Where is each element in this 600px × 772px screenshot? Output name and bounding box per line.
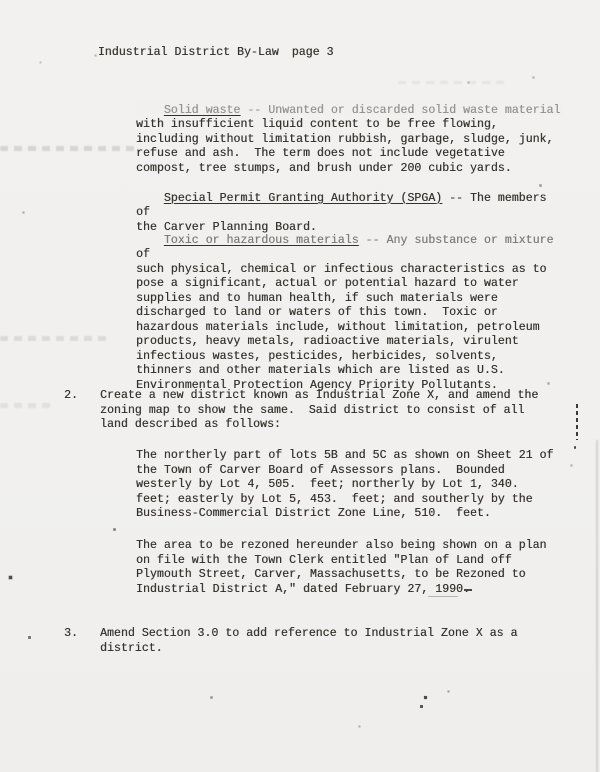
item-2-subparagraph-2: The area to be rezoned hereunder also be… [136,539,576,597]
item-2-number: 2. [64,389,78,404]
document-title: Industrial District By-Law [98,46,279,59]
item-3-number: 3. [64,627,78,642]
definition-solid-waste: Solid waste -- Unwanted or discarded sol… [136,89,566,191]
definition-term-solid-waste: Solid waste [164,104,241,117]
definition-body-toxic-materials: -- Any substance or mixture of such phys… [136,234,560,392]
scanned-page: Industrial District By-Lawpage 3 Solid w… [0,0,600,772]
definition-term-toxic-materials: Toxic or hazardous materials [164,234,359,247]
stray-dash-mark [464,589,472,591]
scan-specks [0,0,1,1]
faint-underline-mark [428,596,458,597]
margin-pen-mark-tail [574,446,576,449]
page-number: page 3 [292,46,334,59]
definition-toxic-materials: Toxic or hazardous materials -- Any subs… [136,219,566,408]
scan-smudge-streak [398,81,510,84]
definition-term-spga: Special Permit Granting Authority (SPGA) [164,192,442,205]
scan-smudge-streak [0,146,138,151]
item-2-text: Create a new district known as Industria… [100,389,572,433]
scan-smudge-streak [0,403,55,408]
page-edge-shadow [596,440,598,772]
page-header: Industrial District By-Lawpage 3 [70,31,334,75]
scan-smudge-streak [0,336,112,341]
item-2-subparagraph-1: The northerly part of lots 5B and 5C as … [136,449,576,522]
margin-pen-mark [576,404,578,440]
item-3-text: Amend Section 3.0 to add reference to In… [100,627,572,656]
